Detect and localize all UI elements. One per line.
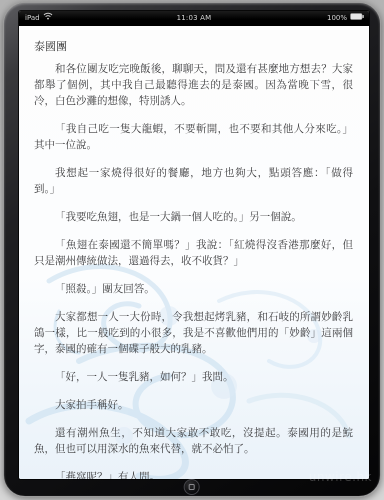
status-bar-left: iPad bbox=[25, 11, 53, 26]
paragraph: 「照殺。」團友回答。 bbox=[34, 281, 353, 297]
paragraph: 大家拍手稱好。 bbox=[34, 397, 353, 413]
status-bar: iPad 11:03 AM 100% bbox=[19, 11, 369, 26]
status-time: 11:03 AM bbox=[19, 11, 369, 26]
paragraph: 「魚翅在泰國還不簡單嗎？」我說：「紅燒得沒香港那麼好，但只是潮州傳統做法，還過得… bbox=[34, 237, 353, 269]
status-carrier-label: iPad bbox=[25, 11, 40, 26]
paragraph: 還有潮州魚生，不知道大家敢不敢吃，沒提起。泰國用的是鯇魚，但也可以用深水的魚來代… bbox=[34, 425, 353, 457]
paragraph: 我想起一家燒得很好的餐廳，地方也夠大，點頭答應：「做得到。」 bbox=[34, 165, 353, 197]
page-title: 泰國團 bbox=[34, 39, 353, 55]
paragraph: 「好，一人一隻乳豬，如何？」我問。 bbox=[34, 369, 353, 385]
paragraph: 「我自己吃一隻大龍蝦，不要斬開，也不要和其他人分來吃。」其中一位說。 bbox=[34, 121, 353, 153]
screen: iPad 11:03 AM 100% bbox=[19, 11, 369, 479]
home-button-square-icon bbox=[189, 484, 195, 490]
page-body: 和各位團友吃完晚飯後，聊聊天，問及還有甚麼地方想去？大家都舉了個例，其中我自己最… bbox=[34, 61, 353, 479]
photographer-watermark: unwire.hk bbox=[309, 470, 372, 484]
home-button[interactable] bbox=[184, 479, 200, 495]
status-battery-percent: 100% bbox=[327, 11, 347, 26]
paragraph: 「燕窩呢？」有人問。 bbox=[34, 469, 353, 479]
photo-background: iPad 11:03 AM 100% bbox=[0, 0, 384, 500]
paragraph: 「我要吃魚翅，也是一大鍋一個人吃的。」另一個說。 bbox=[34, 209, 353, 225]
battery-icon bbox=[350, 11, 364, 26]
paragraph: 和各位團友吃完晚飯後，聊聊天，問及還有甚麼地方想去？大家都舉了個例，其中我自己最… bbox=[34, 61, 353, 109]
wifi-icon bbox=[43, 11, 53, 26]
status-bar-right: 100% bbox=[327, 11, 364, 26]
ipad-device-frame: iPad 11:03 AM 100% bbox=[3, 2, 381, 497]
page-inner: 泰國團 和各位團友吃完晚飯後，聊聊天，問及還有甚麼地方想去？大家都舉了個例，其中… bbox=[19, 26, 369, 479]
paragraph: 大家都想一人一大份時，令我想起烤乳豬，和石岐的所謂妙齡乳鴿一樣，比一般吃到的小很… bbox=[34, 309, 353, 357]
reader-page[interactable]: 泰國團 和各位團友吃完晚飯後，聊聊天，問及還有甚麼地方想去？大家都舉了個例，其中… bbox=[19, 26, 369, 479]
